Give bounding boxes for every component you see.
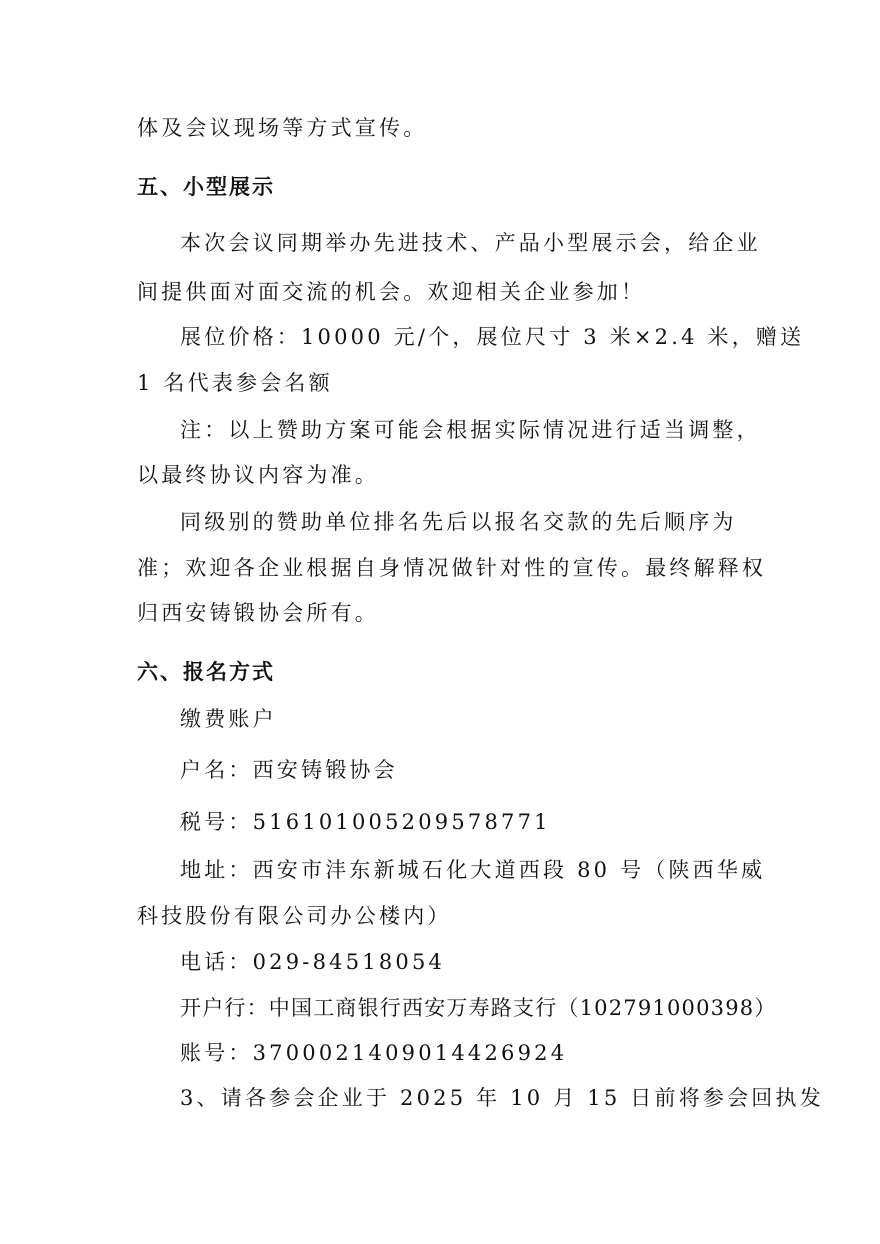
text-line: 归西安铸锻协会所有。: [137, 598, 749, 628]
paragraph-line: 本次会议同期举办先进技术、产品小型展示会，给企业: [180, 228, 750, 258]
address-line-2: 科技股份有限公司办公楼内）: [137, 901, 749, 931]
section-heading-registration: 六、报名方式: [137, 657, 749, 687]
registration-instruction-line: 3、请各参会企业于 2025 年 10 月 15 日前将参会回执发: [180, 1083, 750, 1113]
tax-id: 税号：516101005209578771: [180, 807, 750, 837]
text-line: 准；欢迎各企业根据自身情况做针对性的宣传。最终解释权: [137, 553, 749, 583]
text-line: 1 名代表参会名额: [137, 368, 749, 398]
note-line: 注：以上赞助方案可能会根据实际情况进行适当调整，: [180, 415, 750, 445]
text-line: 间提供面对面交流的机会。欢迎相关企业参加！: [137, 277, 749, 307]
paragraph-line: 同级别的赞助单位排名先后以报名交款的先后顺序为: [180, 507, 750, 537]
account-number: 账号：3700021409014426924: [180, 1038, 750, 1068]
booth-price-line: 展位价格：10000 元/个，展位尺寸 3 米×2.4 米，赠送: [180, 322, 750, 352]
document-page: 体及会议现场等方式宣传。 五、小型展示 本次会议同期举办先进技术、产品小型展示会…: [0, 0, 880, 1244]
section-heading-small-exhibition: 五、小型展示: [137, 172, 749, 202]
phone: 电话：029-84518054: [180, 947, 750, 977]
bank: 开户行：中国工商银行西安万寿路支行（102791000398）: [180, 993, 750, 1023]
account-name: 户名：西安铸锻协会: [180, 755, 750, 785]
text-line: 以最终协议内容为准。: [137, 460, 749, 490]
address-line-1: 地址：西安市沣东新城石化大道西段 80 号（陕西华威: [180, 855, 750, 885]
text-line: 体及会议现场等方式宣传。: [137, 113, 749, 143]
payment-account-label: 缴费账户: [180, 704, 750, 734]
